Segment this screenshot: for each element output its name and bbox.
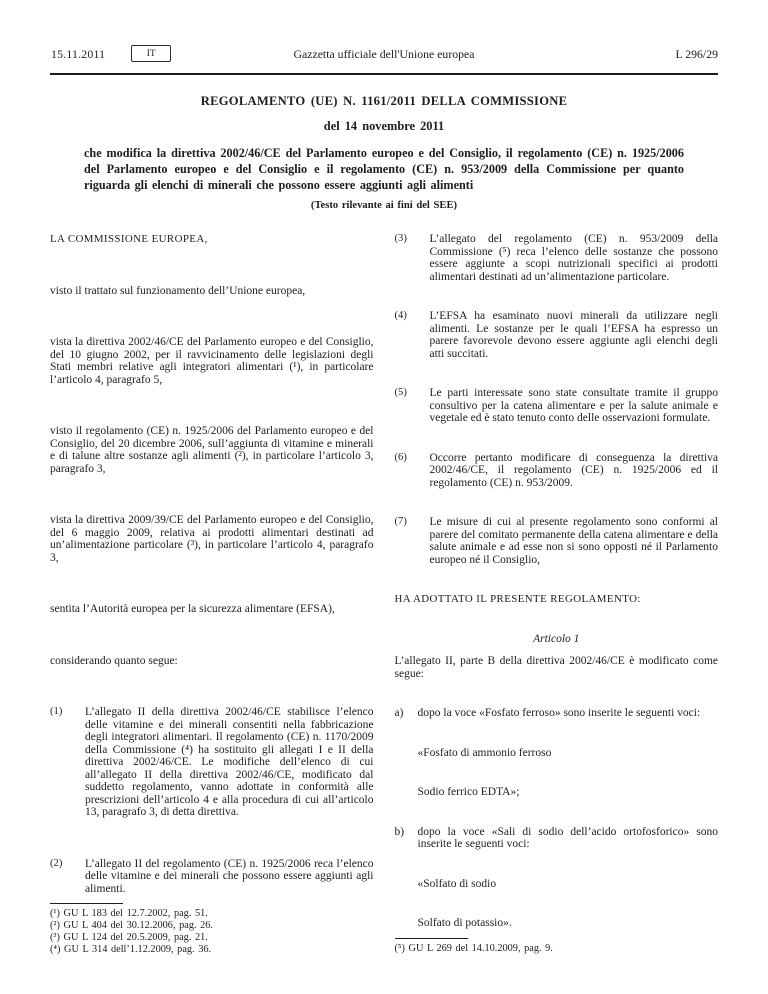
journal-page: 15.11.2011 IT Gazzetta ufficiale dell'Un… (0, 0, 768, 994)
left-footnotes-block: (¹) GU L 183 del 12.7.2002, pag. 51. (²)… (50, 903, 374, 956)
header-rule (50, 73, 718, 75)
recital-text: L’allegato II del regolamento (CE) n. 19… (85, 858, 374, 896)
left-column: LA COMMISSIONE EUROPEA, visto il trattat… (50, 233, 374, 956)
substance-entry-fosfato-ammonio-ferroso: «Fosfato di ammonio ferroso (395, 747, 719, 760)
adoption-formula: HA ADOTTATO IL PRESENTE REGOLAMENTO: (395, 593, 719, 606)
regulation-date-line: del 14 novembre 2011 (50, 119, 718, 134)
page-header: 15.11.2011 IT Gazzetta ufficiale dell'Un… (50, 46, 718, 66)
footnote-3: (³) GU L 124 del 20.5.2009, pag. 21. (50, 932, 374, 944)
article-item-a: a) dopo la voce «Fosfato ferroso» sono i… (395, 707, 719, 720)
recital-text: L’allegato del regolamento (CE) n. 953/2… (430, 233, 719, 283)
recital-number: (2) (50, 858, 85, 896)
article-1-heading: Articolo 1 (395, 633, 719, 646)
substance-entry-solfato-di-potassio: Solfato di potassio». (395, 917, 719, 930)
recital-2: (2) L’allegato II del regolamento (CE) n… (50, 858, 374, 896)
footnote-rule (395, 938, 468, 939)
recital-number: (5) (395, 387, 430, 425)
recital-number: (4) (395, 310, 430, 360)
footnote-1: (¹) GU L 183 del 12.7.2002, pag. 51. (50, 908, 374, 920)
recital-number: (7) (395, 516, 430, 566)
recital-3: (3) L’allegato del regolamento (CE) n. 9… (395, 233, 719, 283)
item-label: b) (395, 826, 418, 851)
issue-date: 15.11.2011 (51, 47, 105, 62)
commission-opening: LA COMMISSIONE EUROPEA, (50, 233, 374, 246)
considerando-lead-in: considerando quanto segue: (50, 655, 374, 668)
recital-text: Le misure di cui al presente regolamento… (430, 516, 719, 566)
citation-efsa: sentita l’Autorità europea per la sicure… (50, 603, 374, 616)
recital-4: (4) L’EFSA ha esaminato nuovi minerali d… (395, 310, 719, 360)
recital-6: (6) Occorre pertanto modificare di conse… (395, 452, 719, 490)
citation-directive-2002-46: vista la direttiva 2002/46/CE del Parlam… (50, 336, 374, 386)
citation-treaty: visto il trattato sul funzionamento dell… (50, 285, 374, 298)
recital-text: L’EFSA ha esaminato nuovi minerali da ut… (430, 310, 719, 360)
recital-1: (1) L’allegato II della direttiva 2002/4… (50, 706, 374, 819)
substance-entry-sodio-ferrico-edta: Sodio ferrico EDTA»; (395, 786, 719, 799)
footnote-4: (⁴) GU L 314 dell’1.12.2009, pag. 36. (50, 944, 374, 956)
footnote-2: (²) GU L 404 del 30.12.2006, pag. 26. (50, 920, 374, 932)
citation-regulation-1925-2006: visto il regolamento (CE) n. 1925/2006 d… (50, 425, 374, 475)
recital-number: (1) (50, 706, 85, 819)
recital-number: (3) (395, 233, 430, 283)
regulation-title: REGOLAMENTO (UE) N. 1161/2011 DELLA COMM… (50, 94, 718, 109)
item-label: a) (395, 707, 418, 720)
title-block: REGOLAMENTO (UE) N. 1161/2011 DELLA COMM… (50, 94, 718, 211)
item-text: dopo la voce «Fosfato ferroso» sono inse… (418, 707, 719, 720)
page-reference: L 296/29 (676, 47, 719, 62)
recital-text: Occorre pertanto modificare di conseguen… (430, 452, 719, 490)
article-item-b: b) dopo la voce «Sali di sodio dell’acid… (395, 826, 719, 851)
right-footnotes-block: (⁵) GU L 269 del 14.10.2009, pag. 9. (395, 938, 719, 955)
eea-relevance-note: (Testo rilevante ai fini del SEE) (50, 200, 718, 211)
recital-5: (5) Le parti interessate sono state cons… (395, 387, 719, 425)
right-column: (3) L’allegato del regolamento (CE) n. 9… (395, 233, 719, 956)
body-columns: LA COMMISSIONE EUROPEA, visto il trattat… (50, 233, 718, 956)
recital-7: (7) Le misure di cui al presente regolam… (395, 516, 719, 566)
citation-directive-2009-39: vista la direttiva 2009/39/CE del Parlam… (50, 514, 374, 564)
recital-text: Le parti interessate sono state consulta… (430, 387, 719, 425)
regulation-subject: che modifica la direttiva 2002/46/CE del… (84, 145, 684, 193)
language-code: IT (147, 49, 156, 59)
header-left-group: 15.11.2011 IT (51, 47, 171, 62)
recital-number: (6) (395, 452, 430, 490)
item-text: dopo la voce «Sali di sodio dell’acido o… (418, 826, 719, 851)
article-1-intro: L’allegato II, parte B della direttiva 2… (395, 655, 719, 680)
recital-text: L’allegato II della direttiva 2002/46/CE… (85, 706, 374, 819)
footnote-rule (50, 903, 123, 904)
substance-entry-solfato-di-sodio: «Solfato di sodio (395, 878, 719, 891)
footnote-5: (⁵) GU L 269 del 14.10.2009, pag. 9. (395, 943, 719, 955)
language-code-box: IT (131, 45, 171, 62)
